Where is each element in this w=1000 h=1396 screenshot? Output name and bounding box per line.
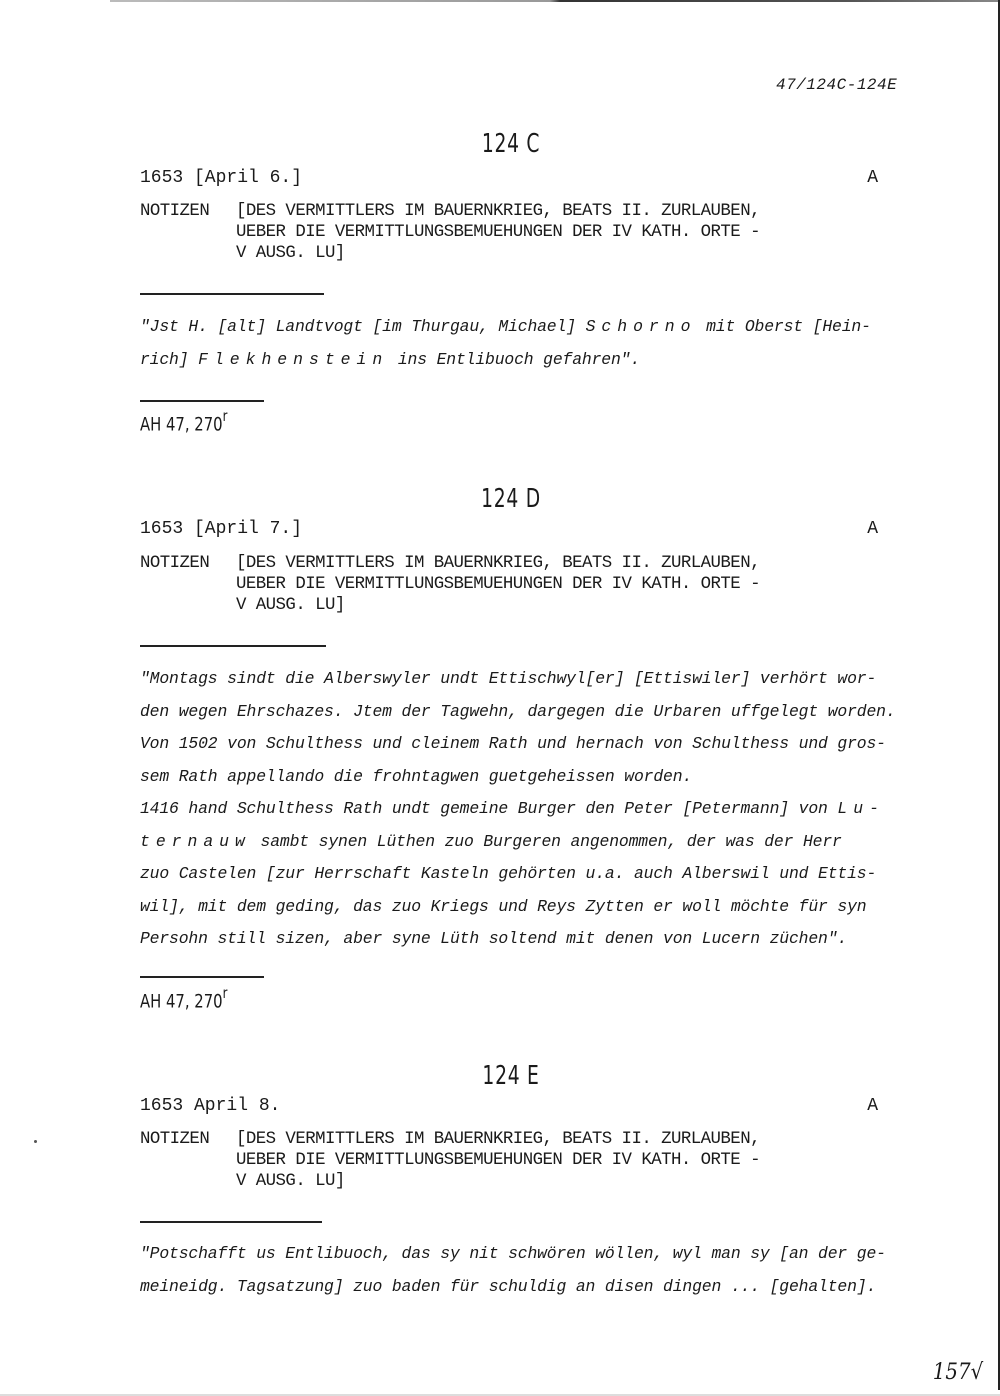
scan-border-top <box>0 0 1000 2</box>
source-text: AH 47, 270 <box>140 413 223 435</box>
entry-date-line: 1653 April 8. A <box>140 1096 878 1116</box>
entry-heading: NOTIZEN[DES VERMITTLERS IM BAUERNKRIEG, … <box>140 553 760 616</box>
quote-line: Von 1502 von Schulthess und cleinem Rath… <box>140 728 920 761</box>
quote-text: sambt synen Lüthen zuo Burgeren angenomm… <box>251 832 842 851</box>
handwritten-folio-number: 157√ <box>933 1360 983 1385</box>
quote-spaced-name: Lu- <box>837 799 885 818</box>
entry-heading: NOTIZEN[DES VERMITTLERS IM BAUERNKRIEG, … <box>140 201 760 264</box>
quote-line: wil], mit dem geding, das zuo Kriegs und… <box>140 891 920 924</box>
entry-quote: "Montags sindt die Alberswyler undt Etti… <box>140 663 920 956</box>
source-rule <box>140 400 264 402</box>
heading-label: NOTIZEN <box>140 201 236 222</box>
entry-date: 1653 April 8. <box>140 1096 280 1116</box>
quote-line: "Montags sindt die Alberswyler undt Etti… <box>140 663 920 696</box>
entry-heading: NOTIZEN[DES VERMITTLERS IM BAUERNKRIEG, … <box>140 1129 760 1192</box>
entry-marker: A <box>867 1096 878 1116</box>
page-reference: 47/124C-124E <box>776 76 897 94</box>
heading-line-3: V AUSG. LU] <box>140 243 760 264</box>
quote-line: Persohn still sizen, aber syne Lüth solt… <box>140 923 920 956</box>
quote-spaced-name: Flekhenstein <box>198 350 388 369</box>
quote-line: "Potschafft us Entlibuoch, das sy nit sc… <box>140 1238 920 1271</box>
divider-rule <box>140 1221 322 1223</box>
divider-rule <box>140 293 324 295</box>
quote-line: zuo Castelen [zur Herrschaft Kasteln geh… <box>140 858 920 891</box>
entry-date-line: 1653 [April 6.] A <box>140 168 878 188</box>
source-citation: AH 47, 270r <box>140 986 227 1012</box>
source-rule <box>140 976 264 978</box>
entry-number: 124 D <box>143 484 879 514</box>
quote-spaced-name: ternauw <box>140 832 251 851</box>
divider-rule <box>140 645 326 647</box>
entry-date-line: 1653 [April 7.] A <box>140 519 878 539</box>
entry-quote: "Potschafft us Entlibuoch, das sy nit sc… <box>140 1238 920 1303</box>
quote-text: ins Entlibuoch gefahren". <box>388 350 640 369</box>
entry-date: 1653 [April 6.] <box>140 168 302 188</box>
heading-label: NOTIZEN <box>140 553 236 574</box>
entry-number: 124 C <box>143 129 879 159</box>
quote-line: den wegen Ehrschazes. Jtem der Tagwehn, … <box>140 696 920 729</box>
quote-line: sem Rath appellando die frohntagwen guet… <box>140 761 920 794</box>
source-citation: AH 47, 270r <box>140 409 227 435</box>
source-superscript: r <box>223 407 228 425</box>
heading-line-3: V AUSG. LU] <box>140 1171 760 1192</box>
heading-line-1: [DES VERMITTLERS IM BAUERNKRIEG, BEATS I… <box>236 554 760 573</box>
heading-line-2: UEBER DIE VERMITTLUNGSBEMUEHUNGEN DER IV… <box>140 1150 760 1171</box>
heading-line-2: UEBER DIE VERMITTLUNGSBEMUEHUNGEN DER IV… <box>140 574 760 595</box>
quote-text: rich] <box>140 350 198 369</box>
quote-text: "Jst H. [alt] Landtvogt [im Thurgau, Mic… <box>140 317 586 336</box>
heading-label: NOTIZEN <box>140 1129 236 1150</box>
entry-marker: A <box>867 168 878 188</box>
heading-line-2: UEBER DIE VERMITTLUNGSBEMUEHUNGEN DER IV… <box>140 222 760 243</box>
quote-text: mit Oberst [Hein- <box>696 317 870 336</box>
heading-line-3: V AUSG. LU] <box>140 595 760 616</box>
entry-number: 124 E <box>143 1061 879 1091</box>
heading-line-1: [DES VERMITTLERS IM BAUERNKRIEG, BEATS I… <box>236 202 760 221</box>
entry-quote: "Jst H. [alt] Landtvogt [im Thurgau, Mic… <box>140 311 920 376</box>
scan-speck <box>34 1140 37 1143</box>
quote-text: 1416 hand Schulthess Rath undt gemeine B… <box>140 799 837 818</box>
quote-line: meineidg. Tagsatzung] zuo baden für schu… <box>140 1271 920 1304</box>
entry-date: 1653 [April 7.] <box>140 519 302 539</box>
heading-line-1: [DES VERMITTLERS IM BAUERNKRIEG, BEATS I… <box>236 1130 760 1149</box>
source-superscript: r <box>223 984 228 1002</box>
quote-spaced-name: Schorno <box>586 317 697 336</box>
source-text: AH 47, 270 <box>140 990 223 1012</box>
entry-marker: A <box>867 519 878 539</box>
